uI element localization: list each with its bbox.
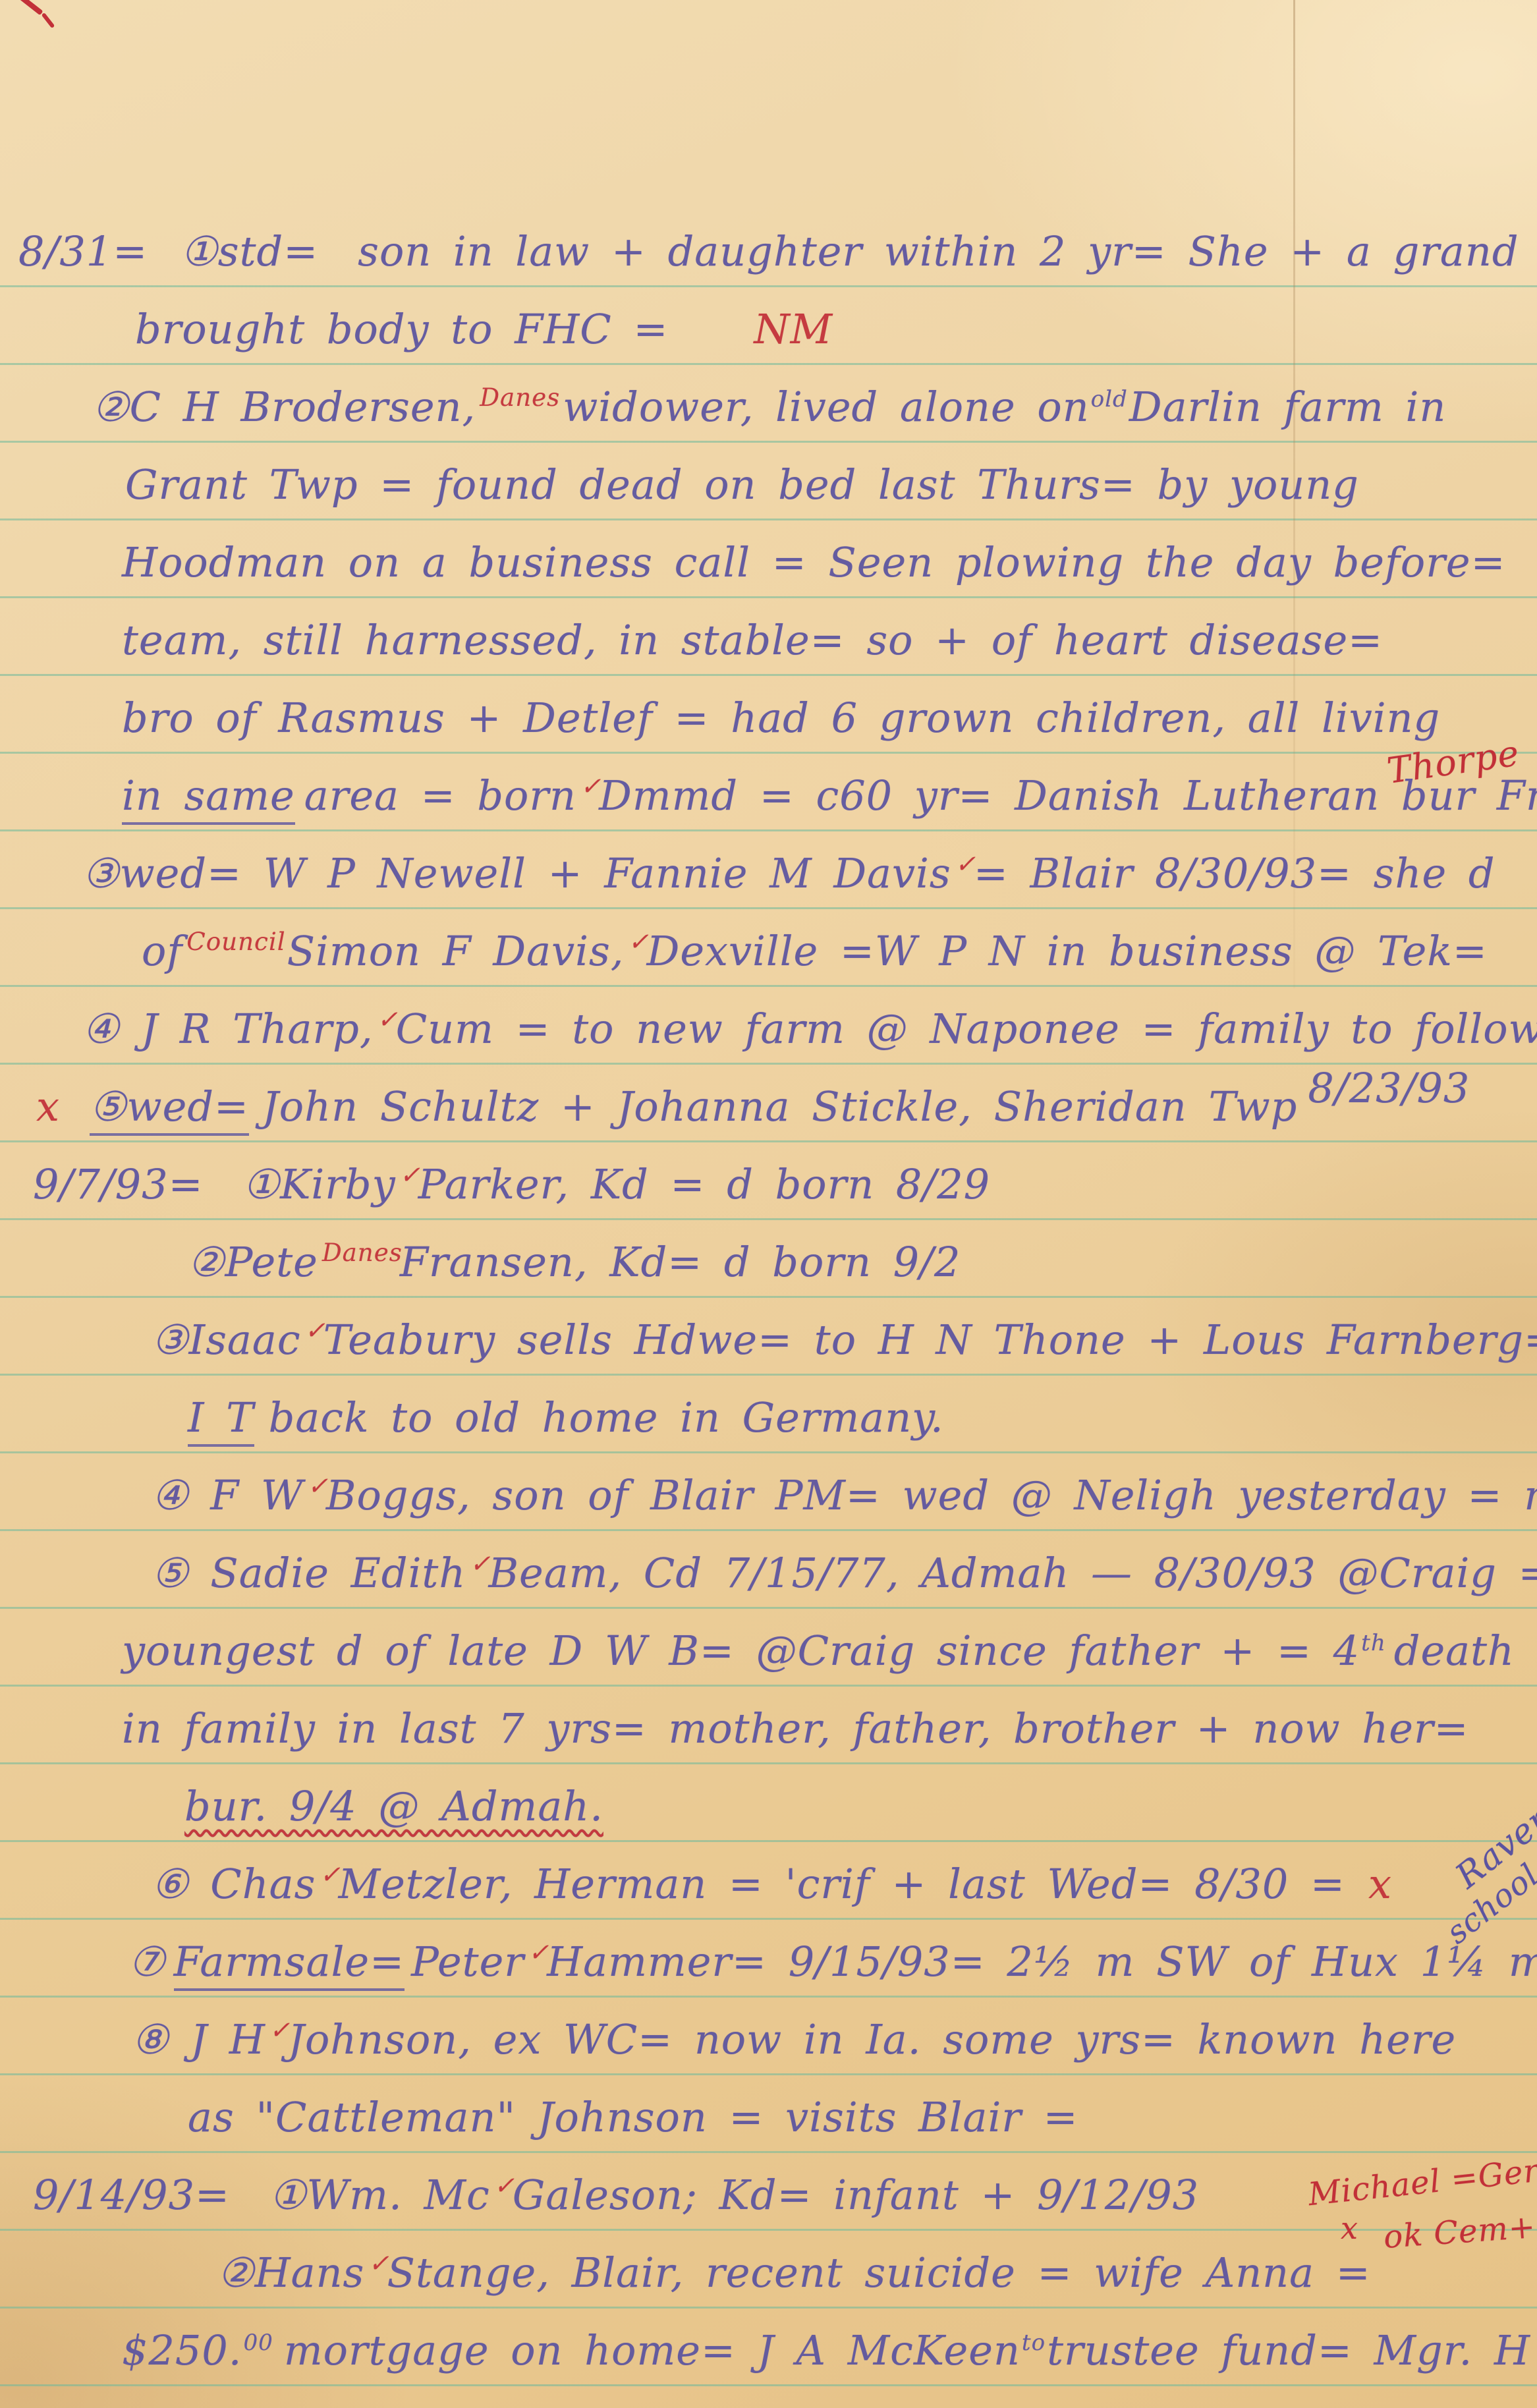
handwritten-line: ⑦Farmsale=Peter✓Hammer= 9/15/93= 2½ m SW… — [128, 1938, 1537, 1991]
red-ink-annotation: NM — [754, 305, 833, 353]
handwriting-segment: 9/7/93= — [33, 1160, 204, 1208]
handwritten-line: bro of Rasmus + Detlef = had 6 grown chi… — [122, 694, 1440, 742]
handwritten-line: Hoodman on a business call = Seen plowin… — [122, 538, 1506, 586]
handwritten-line: I Tback to old home in Germany. — [188, 1393, 944, 1447]
red-ink-annotation: x — [1368, 1860, 1392, 1908]
handwriting-segment: bro of Rasmus + Detlef = had 6 grown chi… — [122, 694, 1440, 742]
red-ink-annotation: ✓ — [628, 927, 649, 956]
handwritten-line: ②Hans✓Stange, Blair, recent suicide = wi… — [217, 2249, 1371, 2297]
handwriting-segment: as "Cattleman" Johnson = visits Blair = — [188, 2093, 1078, 2141]
handwriting-segment: of — [142, 927, 182, 975]
handwriting-segment: ④ F W — [152, 1471, 304, 1519]
handwritten-line: team, still harnessed, in stable= so + o… — [122, 616, 1383, 664]
handwriting-segment: Metzler, Herman = 'crif + last Wed= 8/30… — [339, 1860, 1345, 1908]
handwritten-line: ④ J R Tharp,✓Cum = to new farm @ Naponee… — [82, 1005, 1537, 1053]
handwriting-segment: Peter — [411, 1938, 524, 1986]
handwriting-segment: ①Wm. Mc — [269, 2171, 490, 2219]
handwriting-segment: in family in last 7 yrs= mother, father,… — [122, 1704, 1469, 1752]
red-ink-annotation: ✓ — [400, 1160, 421, 1189]
handwriting-segment: Parker, Kd = d born 8/29 — [418, 1160, 990, 1208]
handwriting-segment: area = born — [304, 771, 576, 820]
red-ink-annotation: Danes — [322, 1238, 403, 1267]
handwriting-segment: death — [1394, 1627, 1515, 1675]
red-margin-note: x — [1341, 2210, 1358, 2246]
handwritten-line: ⑧ J H✓Johnson, ex WC= now in Ia. some yr… — [132, 2015, 1456, 2063]
handwriting-segment: ⑤ Sadie Edith — [152, 1549, 466, 1597]
handwriting-segment: to — [1022, 2330, 1046, 2356]
handwriting-segment: Grant Twp = found dead on bed last Thurs… — [125, 461, 1359, 509]
handwritten-line: ofCouncilSimon F Davis,✓Dexville =W P N … — [142, 927, 1488, 975]
red-ink-annotation: ✓ — [308, 1471, 329, 1500]
handwriting-segment: ①std= — [181, 227, 318, 275]
handwritten-line: ④ F W✓Boggs, son of Blair PM= wed @ Neli… — [152, 1471, 1537, 1519]
red-ink-annotation: ✓ — [494, 2171, 515, 2200]
handwriting-segment: Boggs, son of Blair PM= wed @ Neligh yes… — [326, 1471, 1537, 1519]
handwritten-line: in samearea = born✓Dmmd = c60 yr= Danish… — [122, 771, 1537, 825]
handwriting-segment: Farmsale= — [174, 1938, 405, 1991]
handwriting-segment: youngest d of late D W B= @Craig since f… — [122, 1627, 1360, 1675]
red-ink-annotation: x — [36, 1082, 60, 1131]
red-ink-annotation: ✓ — [269, 2015, 291, 2044]
handwriting-segment: old — [1091, 386, 1128, 412]
handwritten-line: $250.00mortgage on home= J A McKeentotru… — [122, 2326, 1537, 2374]
red-ink-annotation: ✓ — [580, 771, 601, 800]
red-ink-annotation: ✓ — [305, 1316, 326, 1345]
handwriting-segment: Darlin farm in — [1129, 383, 1446, 431]
handwriting-segment: John Schultz + Johanna Stickle, Sheridan… — [262, 1082, 1297, 1131]
handwriting-segment: Galeson; Kd= infant + 9/12/93 — [513, 2171, 1199, 2219]
red-ink-annotation: Danes — [480, 383, 560, 412]
red-ink-annotation: ✓ — [368, 2249, 389, 2278]
handwriting-segment: in same — [122, 771, 295, 825]
handwriting-segment: widower, lived alone on — [563, 383, 1089, 431]
handwriting-segment: brought body to FHC = — [135, 305, 668, 353]
red-ink-annotation: Council — [186, 927, 285, 956]
handwritten-line: 8/31=①std=son in law + daughter within 2… — [18, 227, 1537, 275]
handwriting-segment: ⑤wed= — [90, 1082, 249, 1136]
handwriting-segment: team, still harnessed, in stable= so + o… — [122, 616, 1383, 664]
handwriting-segment: Dexville =W P N in business @ Tek= — [647, 927, 1488, 975]
handwriting-segment: ⑦ — [128, 1938, 166, 1986]
handwriting-segment: ③Isaac — [152, 1316, 301, 1364]
handwriting-segment: trustee fund= Mgr. H H — [1047, 2326, 1537, 2374]
red-ink-annotation: ✓ — [955, 849, 976, 878]
handwriting-segment: ②C H Brodersen, — [92, 383, 476, 431]
handwritten-line: ②PeteDanesFransen, Kd= d born 9/2 — [188, 1238, 961, 1286]
handwriting-segment: 9/14/93= — [33, 2171, 230, 2219]
handwriting-segment: Hoodman on a business call = Seen plowin… — [122, 538, 1506, 586]
handwriting-segment: ⑧ J H — [132, 2015, 265, 2063]
handwritten-line: ③Isaac✓Teabury sells Hdwe= to H N Thone … — [152, 1316, 1537, 1364]
handwriting-segment: ②Hans — [217, 2249, 364, 2297]
handwritten-line: bur. 9/4 @ Admah. — [184, 1782, 603, 1830]
handwriting-segment: Johnson, ex WC= now in Ia. some yrs= kno… — [288, 2015, 1456, 2063]
handwriting-segment: bur. 9/4 @ Admah. — [184, 1782, 603, 1830]
handwritten-line: Grant Twp = found dead on bed last Thurs… — [125, 461, 1359, 509]
handwriting-segment: Teabury sells Hdwe= to H N Thone + Lous … — [323, 1316, 1537, 1364]
handwriting-segment: ②Pete — [188, 1238, 318, 1286]
red-ink-annotation: ✓ — [528, 1938, 549, 1967]
handwriting-segment: mortgage on home= J A McKeen — [284, 2326, 1020, 2374]
red-ink-annotation: ✓ — [470, 1549, 491, 1578]
handwriting-segment: $250. — [122, 2326, 242, 2374]
handwriting-segment: ③wed= W P Newell + Fannie M Davis — [82, 849, 951, 897]
red-ink-annotation: ✓ — [320, 1860, 341, 1889]
handwriting-segment: 8/31= — [18, 227, 148, 275]
handwritten-line: ②C H Brodersen,Daneswidower, lived alone… — [92, 383, 1446, 431]
handwritten-line: 9/7/93=①Kirby✓Parker, Kd = d born 8/29 — [33, 1160, 990, 1208]
handwriting-segment: son in law + daughter within 2 yr= She +… — [358, 227, 1537, 275]
handwriting-segment: 8/23/93 — [1308, 1064, 1470, 1112]
handwriting-segment: Beam, Cd 7/15/77, Admah — 8/30/93 @Craig… — [488, 1549, 1537, 1597]
handwriting-segment: ①Kirby — [243, 1160, 396, 1208]
handwriting-segment: Simon F Davis, — [287, 927, 625, 975]
handwriting-segment: I T — [188, 1393, 254, 1447]
handwriting-segment: back to old home in Germany. — [269, 1393, 944, 1442]
handwritten-line: ③wed= W P Newell + Fannie M Davis✓= Blai… — [82, 849, 1495, 897]
handwritten-line: ⑤ Sadie Edith✓Beam, Cd 7/15/77, Admah — … — [152, 1549, 1537, 1597]
handwriting-segment: ⑥ Chas — [152, 1860, 316, 1908]
handwriting-segment: ④ J R Tharp, — [82, 1005, 374, 1053]
handwritten-line: x⑤wed=John Schultz + Johanna Stickle, Sh… — [36, 1082, 1470, 1136]
handwritten-line: in family in last 7 yrs= mother, father,… — [122, 1704, 1469, 1752]
handwriting-segment: th — [1361, 1630, 1386, 1656]
handwriting-segment: Hammer= 9/15/93= 2½ m SW of Hux 1¼ m NE … — [547, 1938, 1537, 1986]
handwritten-line: youngest d of late D W B= @Craig since f… — [122, 1627, 1515, 1675]
handwriting-segment: = Blair 8/30/93= she d — [974, 849, 1495, 897]
handwritten-line: as "Cattleman" Johnson = visits Blair = — [188, 2093, 1078, 2141]
handwritten-line: brought body to FHC =NM — [135, 305, 833, 353]
handwriting-segment: Cum = to new farm @ Naponee = family to … — [396, 1005, 1537, 1053]
handwritten-line: 9/14/93=①Wm. Mc✓Galeson; Kd= infant + 9/… — [33, 2171, 1199, 2219]
handwritten-line: ⑥ Chas✓Metzler, Herman = 'crif + last We… — [152, 1860, 1392, 1908]
red-ink-annotation: ✓ — [377, 1005, 399, 1034]
handwriting-segment: 00 — [244, 2330, 273, 2356]
handwriting-segment: Stange, Blair, recent suicide = wife Ann… — [387, 2249, 1371, 2297]
handwriting-segment: Fransen, Kd= d born 9/2 — [400, 1238, 961, 1286]
